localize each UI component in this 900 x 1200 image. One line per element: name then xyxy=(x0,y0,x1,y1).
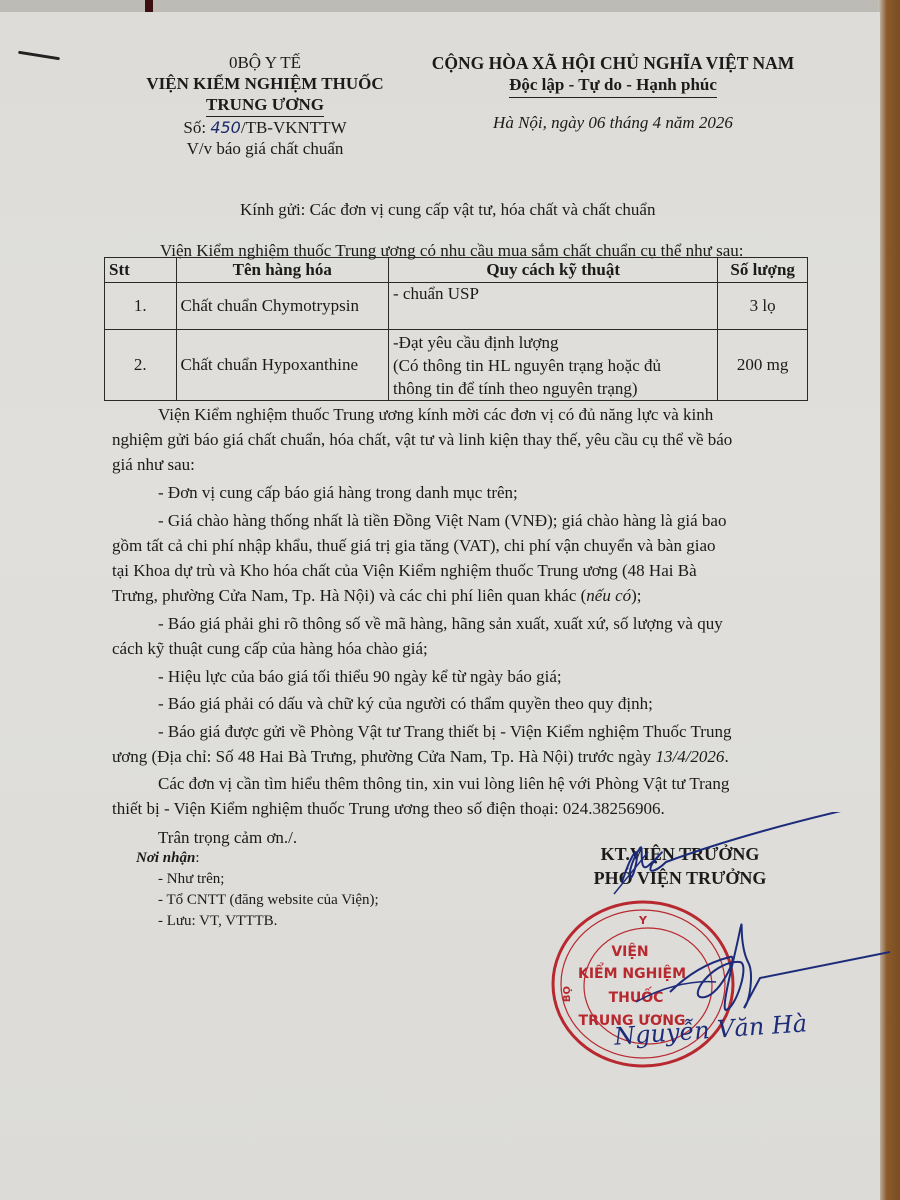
deadline-date: 13/4/2026 xyxy=(655,747,724,766)
svg-text:BỘ: BỘ xyxy=(560,986,573,1002)
salutation: Kính gửi: Các đơn vị cung cấp vật tư, hó… xyxy=(240,196,655,223)
contact-paragraph: Các đơn vị cần tìm hiểu thêm thông tin, … xyxy=(158,771,729,797)
col-header-stt: Stt xyxy=(105,258,177,283)
invite-paragraph: Viện Kiểm nghiệm thuốc Trung ương kính m… xyxy=(158,402,713,428)
ministry-name: 0BỘ Y TẾ xyxy=(120,52,410,73)
cell-spec: -Đạt yêu cầu định lượng (Có thông tin HL… xyxy=(389,330,718,401)
requirement-6: ương (Địa chỉ: Số 48 Hai Bà Trưng, phườn… xyxy=(112,744,729,770)
table-row: 1. Chất chuẩn Chymotrypsin - chuẩn USP 3… xyxy=(105,283,808,330)
nation-title: CỘNG HÒA XÃ HỘI CHỦ NGHĨA VIỆT NAM xyxy=(398,52,828,74)
cell-stt: 1. xyxy=(105,283,177,330)
place-date: Hà Nội, ngày 06 tháng 4 năm 2026 xyxy=(398,112,828,134)
document-page: 0BỘ Y TẾ VIỆN KIỂM NGHIỆM THUỐC TRUNG ƯƠ… xyxy=(0,12,880,1200)
svg-text:Y: Y xyxy=(638,914,648,927)
requirement-2: - Giá chào hàng thống nhất là tiền Đồng … xyxy=(158,508,726,534)
doc-number: Số: 450/TB-VKNTTW xyxy=(120,117,410,138)
recipient-item: - Như trên; xyxy=(136,869,379,890)
org-name-line1: VIỆN KIỂM NGHIỆM THUỐC xyxy=(120,73,410,94)
requirement-2: Trưng, phường Cửa Nam, Tp. Hà Nội) và cá… xyxy=(112,583,642,609)
items-table: Stt Tên hàng hóa Quy cách kỹ thuật Số lư… xyxy=(104,257,808,401)
doc-number-handwritten: 450 xyxy=(210,118,241,137)
cell-qty: 200 mg xyxy=(718,330,808,401)
contact-paragraph: thiết bị - Viện Kiểm nghiệm thuốc Trung … xyxy=(112,796,665,822)
svg-text:VIỆN: VIỆN xyxy=(611,942,648,960)
svg-text:THUỐC: THUỐC xyxy=(609,986,664,1006)
requirement-1: - Đơn vị cung cấp báo giá hàng trong dan… xyxy=(158,480,518,506)
col-header-qty: Số lượng xyxy=(718,258,808,283)
table-header-row: Stt Tên hàng hóa Quy cách kỹ thuật Số lư… xyxy=(105,258,808,283)
recipients-block: Nơi nhận: - Như trên; - Tổ CNTT (đăng we… xyxy=(136,848,379,932)
recipient-item: - Tổ CNTT (đăng website của Viện); xyxy=(136,890,379,911)
requirement-2: tại Khoa dự trù và Kho hóa chất của Viện… xyxy=(112,558,697,584)
invite-paragraph: giá như sau: xyxy=(112,452,195,478)
national-header: CỘNG HÒA XÃ HỘI CHỦ NGHĨA VIỆT NAM Độc l… xyxy=(398,52,828,134)
col-header-spec: Quy cách kỹ thuật xyxy=(389,258,718,283)
requirement-3: cách kỹ thuật cung cấp của hàng hóa chào… xyxy=(112,636,428,662)
col-header-name: Tên hàng hóa xyxy=(176,258,389,283)
doc-subject: V/v báo giá chất chuẩn xyxy=(120,138,410,159)
national-motto: Độc lập - Tự do - Hạnh phúc xyxy=(509,74,717,98)
recipients-title: Nơi nhận xyxy=(136,850,195,866)
requirement-2: gồm tất cả chi phí nhập khẩu, thuế giá t… xyxy=(112,533,716,559)
requirement-6: - Báo giá được gửi về Phòng Vật tư Trang… xyxy=(158,719,731,745)
cell-stt: 2. xyxy=(105,330,177,401)
table-row: 2. Chất chuẩn Hypoxanthine -Đạt yêu cầu … xyxy=(105,330,808,401)
requirement-3: - Báo giá phải ghi rõ thông số về mã hàn… xyxy=(158,611,723,637)
cell-name: Chất chuẩn Hypoxanthine xyxy=(176,330,389,401)
recipient-item: - Lưu: VT, VTTTB. xyxy=(136,911,379,932)
issuer-header: 0BỘ Y TẾ VIỆN KIỂM NGHIỆM THUỐC TRUNG ƯƠ… xyxy=(120,52,410,159)
pen-mark xyxy=(18,51,60,61)
desk-edge xyxy=(878,0,900,1200)
cell-spec: - chuẩn USP xyxy=(389,283,718,330)
svg-text:KIỂM NGHIỆM: KIỂM NGHIỆM xyxy=(578,962,686,982)
cell-qty: 3 lọ xyxy=(718,283,808,330)
invite-paragraph: nghiệm gửi báo giá chất chuẩn, hóa chất,… xyxy=(112,427,732,453)
requirement-5: - Báo giá phải có dấu và chữ ký của ngườ… xyxy=(158,691,653,717)
signature-title: KT.VIỆN TRƯỞNG PHÓ VIỆN TRƯỞNG xyxy=(560,842,800,890)
cell-name: Chất chuẩn Chymotrypsin xyxy=(176,283,389,330)
requirement-4: - Hiệu lực của báo giá tối thiểu 90 ngày… xyxy=(158,664,562,690)
org-name-line2: TRUNG ƯƠNG xyxy=(206,94,324,117)
